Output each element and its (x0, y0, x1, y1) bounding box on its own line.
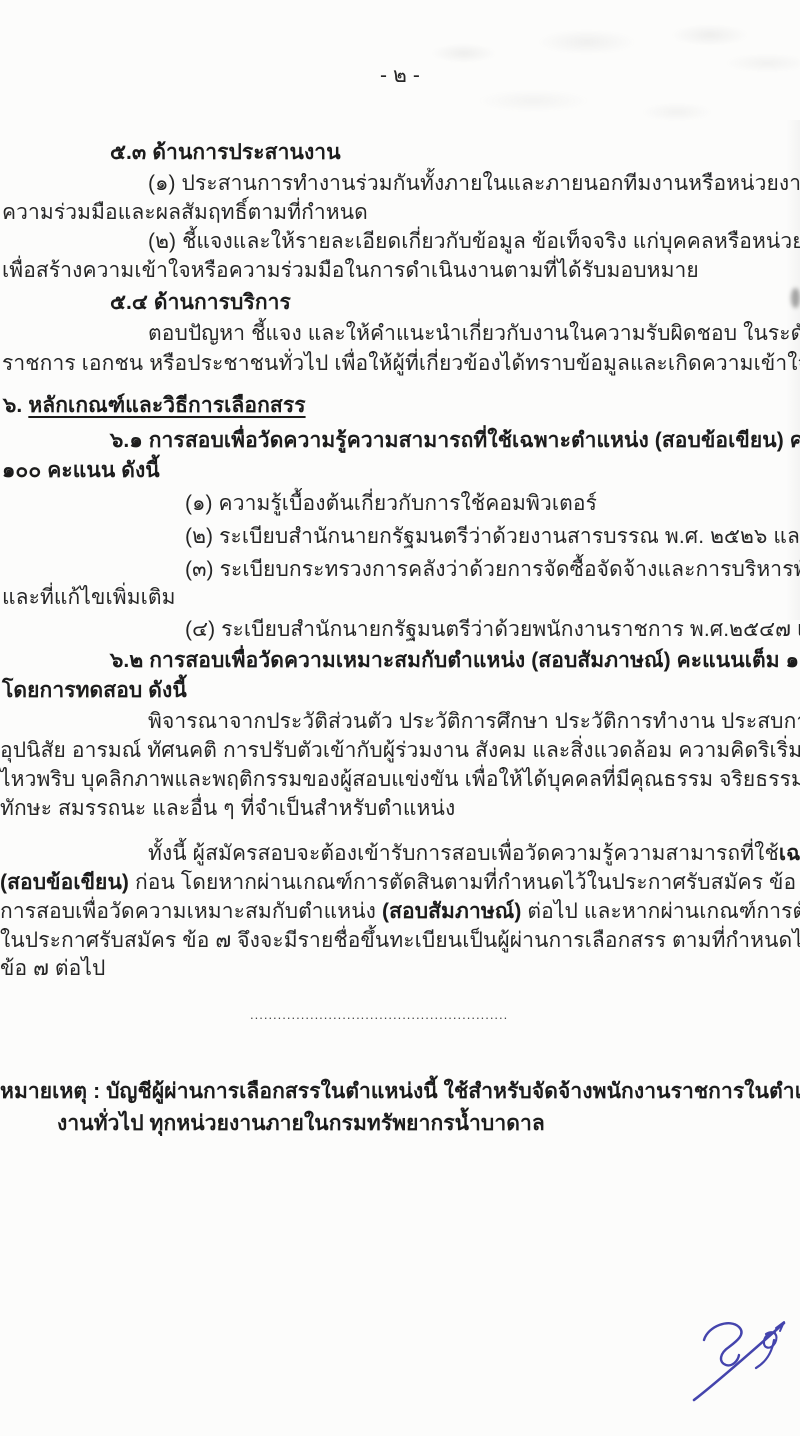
text-segment: ๕.๔ ด้านการบริการ (110, 291, 291, 314)
para-closing-line1: ทั้งนี้ ผู้สมัครสอบจะต้องเข้ารับการสอบเพ… (148, 840, 800, 868)
list-6-1-item1: (๑) ความรู้เบื้องต้นเกี่ยวกับการใช้คอมพิ… (185, 490, 597, 518)
scan-smudge (791, 288, 800, 308)
text-segment: (๒) ชี้แจงและให้รายละเอียดเกี่ยวกับข้อมู… (148, 230, 800, 253)
text-segment: ความร่วมมือและผลสัมฤทธิ์ตามที่กำหนด (2, 201, 368, 224)
para-5-3-item1-line2: ความร่วมมือและผลสัมฤทธิ์ตามที่กำหนด (2, 199, 368, 227)
text-segment: ก่อน โดยหากผ่านเกณฑ์การตัดสินตามที่กำหนด… (129, 871, 800, 894)
text-segment: ........................................… (250, 1007, 508, 1022)
text-segment: ไหวพริบ บุคลิกภาพและพฤติกรรมของผู้สอบแข่… (0, 768, 800, 791)
text-segment: เฉพาะตำแหน่ง (779, 842, 800, 865)
text-segment: ต่อไป และหากผ่านเกณฑ์การตัดสินตามที่กำหน… (521, 900, 800, 923)
para-closing-line3: การสอบเพื่อวัดความเหมาะสมกับตำแหน่ง (สอบ… (0, 898, 800, 926)
signature (680, 1296, 800, 1436)
text-segment: (๑) ประสานการทำงานร่วมกันทั้งภายในและภาย… (148, 172, 800, 195)
para-5-3-item2-line1: (๒) ชี้แจงและให้รายละเอียดเกี่ยวกับข้อมู… (148, 228, 800, 256)
text-segment: หลักเกณฑ์และวิธีการเลือกสรร (28, 394, 305, 417)
text-segment: ๑๐๐ คะแนน ดังนี้ (2, 459, 160, 482)
para-closing-line4: ในประกาศรับสมัคร ข้อ ๗ จึงจะมีรายชื่อขึ้… (0, 927, 800, 955)
text-segment: (๓) ระเบียบกระทรวงการคลังว่าด้วยการจัดซื… (185, 558, 800, 581)
text-segment: (๒) ระเบียบสำนักนายกรัฐมนตรีว่าด้วยงานสา… (185, 525, 800, 548)
text-segment: และที่แก้ไขเพิ่มเติม (2, 586, 176, 609)
text-segment: (สอบข้อเขียน) (0, 871, 129, 894)
para-5-4-line1: ตอบปัญหา ชี้แจง และให้คำแนะนำเกี่ยวกับงา… (148, 320, 800, 348)
list-6-1-item4: (๔) ระเบียบสำนักนายกรัฐมนตรีว่าด้วยพนักง… (185, 616, 800, 644)
text-segment: ทั้งนี้ ผู้สมัครสอบจะต้องเข้ารับการสอบเพ… (148, 842, 779, 865)
para-closing-line2: (สอบข้อเขียน) ก่อน โดยหากผ่านเกณฑ์การตัด… (0, 869, 800, 897)
note-line1: หมายเหตุ : บัญชีผู้ผ่านการเลือกสรรในตำแห… (0, 1078, 800, 1106)
para-closing-line5: ข้อ ๗ ต่อไป (0, 955, 105, 983)
list-6-1-item3-line2: และที่แก้ไขเพิ่มเติม (2, 584, 176, 612)
para-6-2-line1: พิจารณาจากประวัติส่วนตัว ประวัติการศึกษา… (148, 708, 800, 736)
heading-5-3: ๕.๓ ด้านการประสานงาน (110, 139, 341, 167)
text-segment: โดยการทดสอบ ดังนี้ (2, 679, 187, 702)
note-line2: งานทั่วไป ทุกหน่วยงานภายในกรมทรัพยากรน้ำ… (57, 1110, 545, 1138)
page-number: - ๒ - (0, 62, 800, 90)
text-segment: ตอบปัญหา ชี้แจง และให้คำแนะนำเกี่ยวกับงา… (148, 322, 800, 345)
heading-6-2-line1: ๖.๒ การสอบเพื่อวัดความเหมาะสมกับตำแหน่ง … (110, 647, 800, 675)
text-segment: ข้อ ๗ ต่อไป (0, 957, 105, 980)
dotted-separator: ........................................… (250, 1008, 508, 1022)
document-page: - ๒ -๕.๓ ด้านการประสานงาน(๑) ประสานการทำ… (0, 0, 800, 1436)
text-segment: (๔) ระเบียบสำนักนายกรัฐมนตรีว่าด้วยพนักง… (185, 618, 800, 641)
text-segment: ทักษะ สมรรถนะ และอื่น ๆ ที่จำเป็นสำหรับต… (0, 797, 455, 820)
para-5-3-item2-line2: เพื่อสร้างความเข้าใจหรือความร่วมมือในการ… (2, 257, 699, 285)
text-segment: งานทั่วไป ทุกหน่วยงานภายในกรมทรัพยากรน้ำ… (57, 1112, 545, 1135)
text-segment: (๑) ความรู้เบื้องต้นเกี่ยวกับการใช้คอมพิ… (185, 492, 597, 515)
text-segment: อุปนิสัย อารมณ์ ทัศนคติ การปรับตัวเข้ากั… (0, 739, 800, 762)
text-segment: ในประกาศรับสมัคร ข้อ ๗ จึงจะมีรายชื่อขึ้… (0, 929, 800, 952)
para-6-2-line4: ทักษะ สมรรถนะ และอื่น ๆ ที่จำเป็นสำหรับต… (0, 795, 455, 823)
para-6-2-line3: ไหวพริบ บุคลิกภาพและพฤติกรรมของผู้สอบแข่… (0, 766, 800, 794)
para-5-3-item1-line1: (๑) ประสานการทำงานร่วมกันทั้งภายในและภาย… (148, 170, 800, 198)
heading-5-4: ๕.๔ ด้านการบริการ (110, 289, 291, 317)
list-6-1-item2: (๒) ระเบียบสำนักนายกรัฐมนตรีว่าด้วยงานสา… (185, 523, 800, 551)
para-5-4-line2: ราชการ เอกชน หรือประชาชนทั่วไป เพื่อให้ผ… (2, 350, 800, 378)
heading-6-1-line2: ๑๐๐ คะแนน ดังนี้ (2, 457, 160, 485)
text-segment: ๖.๒ การสอบเพื่อวัดความเหมาะสมกับตำแหน่ง … (110, 649, 800, 672)
text-segment: (สอบสัมภาษณ์) (382, 900, 521, 923)
heading-6-2-line2: โดยการทดสอบ ดังนี้ (2, 677, 187, 705)
text-segment: ๖.๑ การสอบเพื่อวัดความรู้ความสามารถที่ใช… (110, 429, 800, 452)
text-segment: - ๒ - (380, 64, 420, 87)
text-segment: การสอบเพื่อวัดความเหมาะสมกับตำแหน่ง (0, 900, 382, 923)
heading-6: ๖. หลักเกณฑ์และวิธีการเลือกสรร (3, 392, 306, 420)
text-segment: หมายเหตุ : บัญชีผู้ผ่านการเลือกสรรในตำแห… (0, 1080, 800, 1103)
text-segment: ๕.๓ ด้านการประสานงาน (110, 141, 341, 164)
text-segment: พิจารณาจากประวัติส่วนตัว ประวัติการศึกษา… (148, 710, 800, 733)
text-segment: เพื่อสร้างความเข้าใจหรือความร่วมมือในการ… (2, 259, 699, 282)
heading-6-1-line1: ๖.๑ การสอบเพื่อวัดความรู้ความสามารถที่ใช… (110, 427, 800, 455)
text-segment: ๖. (3, 394, 28, 417)
para-6-2-line2: อุปนิสัย อารมณ์ ทัศนคติ การปรับตัวเข้ากั… (0, 737, 800, 765)
text-segment: ราชการ เอกชน หรือประชาชนทั่วไป เพื่อให้ผ… (2, 352, 800, 375)
list-6-1-item3-line1: (๓) ระเบียบกระทรวงการคลังว่าด้วยการจัดซื… (185, 556, 800, 584)
